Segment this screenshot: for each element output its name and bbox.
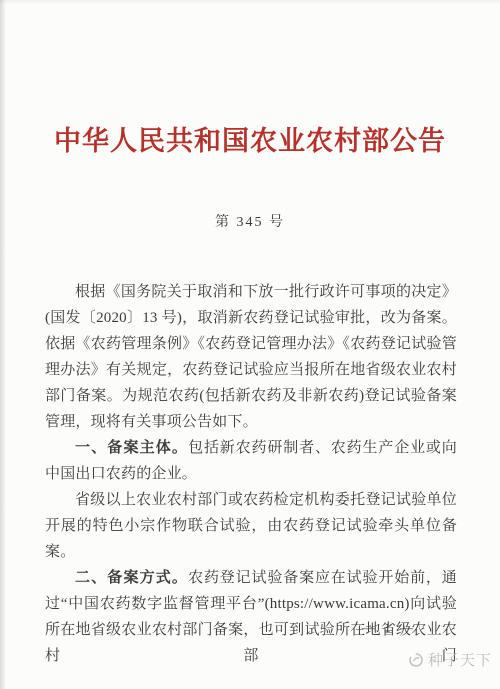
page-number: — 1 — xyxy=(362,620,416,636)
paragraph-text: 省级以上农业农村部门或农药检定机构委托登记试验单位开展的特色小宗作物联合试验，由… xyxy=(45,492,457,560)
document-title: 中华人民共和国农业农村部公告 xyxy=(0,125,500,157)
scanned-document-page: 中华人民共和国农业农村部公告 第 345 号 根据《国务院关于取消和下放一批行政… xyxy=(0,0,500,689)
watermark: 种子天下 xyxy=(408,649,492,670)
paragraph-lead: 二、备案方式。 xyxy=(75,569,188,586)
document-number: 第 345 号 xyxy=(0,211,500,231)
document-body: 根据《国务院关于取消和下放一批行政许可事项的决定》(国发〔2020〕13 号)，… xyxy=(45,279,457,669)
body-paragraph: 一、备案主体。包括新农药研制者、农药生产企业或向中国出口农药的企业。 xyxy=(45,435,457,487)
paragraph-text: 根据《国务院关于取消和下放一批行政许可事项的决定》(国发〔2020〕13 号)，… xyxy=(45,284,457,430)
paragraph-lead: 一、备案主体。 xyxy=(75,439,188,456)
body-paragraph: 省级以上农业农村部门或农药检定机构委托登记试验单位开展的特色小宗作物联合试验，由… xyxy=(45,487,457,565)
watermark-text: 种子天下 xyxy=(428,649,492,670)
body-paragraph: 二、备案方式。农药登记试验备案应在试验开始前，通过“中国农药数字监督管理平台”(… xyxy=(45,565,457,669)
body-paragraph: 根据《国务院关于取消和下放一批行政许可事项的决定》(国发〔2020〕13 号)，… xyxy=(45,279,457,435)
seed-world-logo-icon xyxy=(408,652,424,668)
